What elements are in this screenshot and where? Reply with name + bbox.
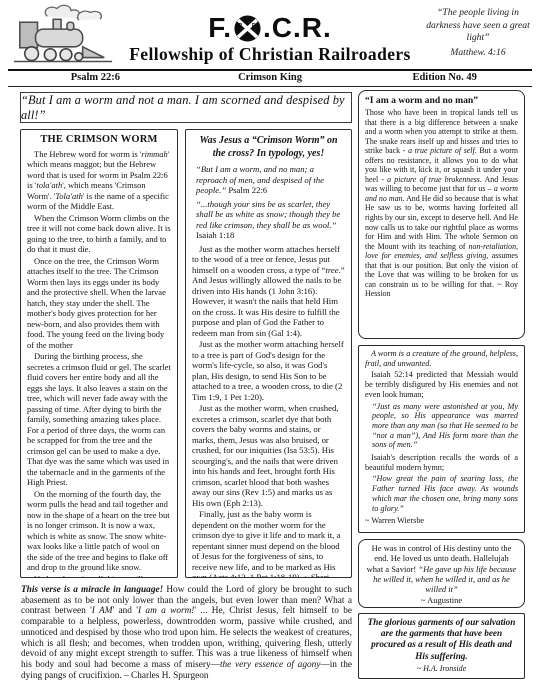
sidebar-box-body: Those who have been in tropical lands te… [365,108,518,299]
sidebar-paragraph: Isaiah 52:14 predicted that Messiah woul… [365,370,518,399]
masthead-theme: Crimson King [183,72,358,85]
article-title: Was Jesus a “Crimson Worm” on the cross?… [196,135,341,160]
article-paragraph: Once on the tree, the Crimson Worm attac… [27,256,171,351]
sidebar-paragraph: Isaiah's description recalls the words o… [365,453,518,472]
sidebar-box-body: The glorious garments of our salvation a… [368,617,516,661]
article-title: THE CRIMSON WORM [27,135,171,146]
hymn-quote: “How great the pain of searing loss, the… [372,474,518,513]
sidebar-box-body: He was in control of His destiny unto th… [367,543,517,594]
sidebar-attribution: ~ Warren Wiersbe [365,516,518,526]
newsletter-page: F. R R .C.R. Fellowship of Christian Rai… [0,0,540,699]
article-attribution: Yeshua, knowing all things, still was wi… [27,574,171,579]
article-crimson-worm: THE CRIMSON WORM The Hebrew word for wor… [20,129,178,578]
article-typology: Was Jesus a “Crimson Worm” on the cross?… [185,129,352,578]
sidebar-intro: A worm is a creature of the ground, help… [365,349,518,368]
sidebar-box-ironside: The glorious garments of our salvation a… [358,613,525,679]
sidebar-attribution: ~ H.A. Ironside [365,663,518,674]
article-paragraph: Just as the mother worm attaching hersel… [192,339,345,402]
page-title: Fellowship of Christian Railroaders [100,44,440,68]
sidebar-attribution: ~ Augustine [365,595,518,605]
sidebar-box-augustine: He was in control of His destiny unto th… [358,539,525,608]
spurgeon-paragraph: This verse is a miracle in language! How… [21,585,352,695]
masthead-psalm: Psalm 22:6 [8,72,183,85]
sidebar-box-wiersbe: A worm is a creature of the ground, help… [358,345,525,533]
scripture-quote: “...though your sins be as scarlet, they… [192,199,345,241]
crossing-letter-left: R [238,23,243,29]
masthead-edition: Edition No. 49 [357,72,532,85]
banner-quote-box: “But I am a worm and not a man. I am sco… [20,92,352,123]
article-attribution: Finally, just as the baby worm is depend… [192,509,345,578]
header-divider-thin [8,86,532,87]
railroad-crossing-icon: R R [234,15,261,42]
crossing-letter-right: R [252,23,257,29]
article-paragraph: Just as the mother worm attaches herself… [192,244,345,339]
article-paragraph: During the birthing process, she secrete… [27,351,171,488]
epigraph-quote: “The people living in darkness have seen… [426,7,530,43]
scripture-quote: “But I am a worm, and no man; a reproach… [192,164,345,196]
fcr-logo-suffix: .C.R. [263,12,332,44]
header-epigraph: “The people living in darkness have seen… [421,7,535,59]
article-paragraph: Just as the mother worm, when crushed, e… [192,403,345,508]
fcr-logo-prefix: F. [208,12,232,44]
scripture-quote: “Just as many were astonished at you, My… [372,402,518,451]
masthead-row: Psalm 22:6 Crimson King Edition No. 49 [8,72,532,85]
sidebar-box-title: “I am a worm and no man” [365,95,518,106]
epigraph-reference: Matthew. 4:16 [421,47,535,60]
article-paragraph: When the Crimson Worm climbs on the tree… [27,213,171,255]
sidebar-box-hession: “I am a worm and no man” Those who have … [358,90,525,339]
article-paragraph: The Hebrew word for worm is 'rimmah' whi… [27,149,171,212]
article-paragraph: On the morning of the fourth day, the wo… [27,489,171,573]
fcr-logo: F. R R .C.R. [120,10,420,46]
banner-quote: “But I am a worm and not a man. I am sco… [21,93,351,123]
